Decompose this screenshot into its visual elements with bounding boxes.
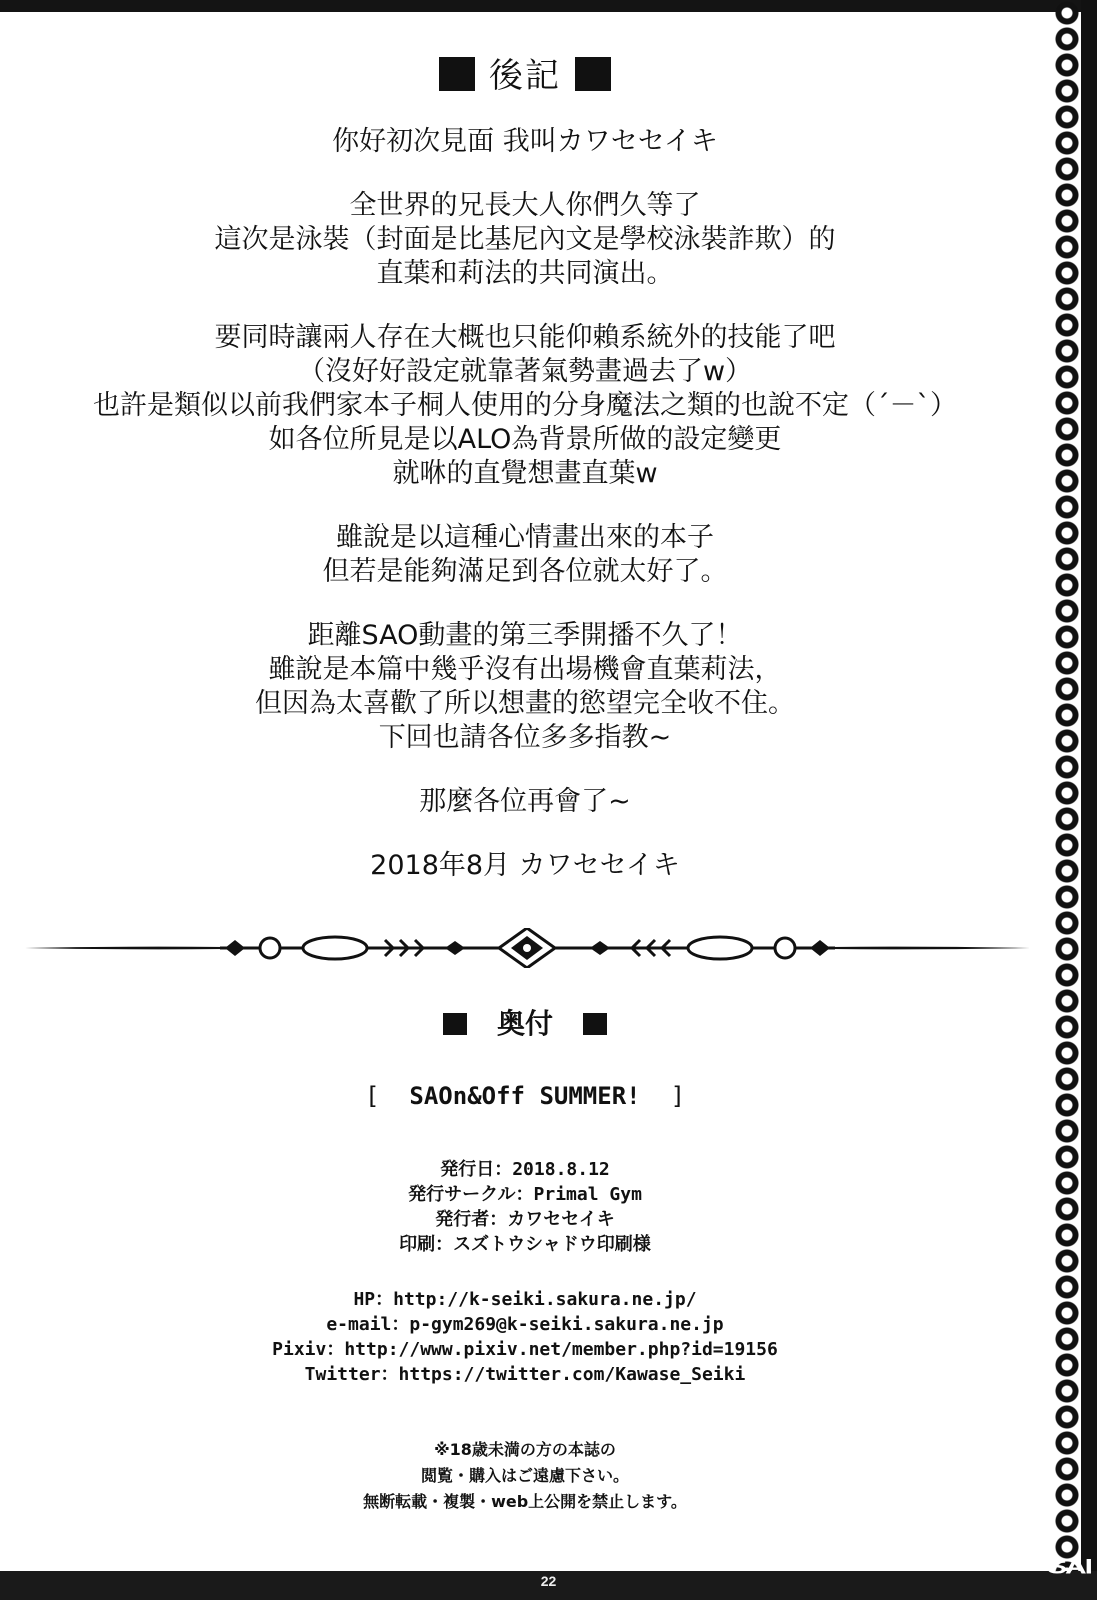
- notice-line: 無断転載・複製・web上公開を禁止します。: [0, 1489, 1050, 1515]
- square-bullet-icon: [439, 57, 475, 91]
- text-line: 就咻的直覺想畫直葉w: [0, 457, 1050, 491]
- text-line: 距離SAO動畫的第三季開播不久了！: [0, 619, 1050, 653]
- afterword-title: 後記: [489, 56, 561, 96]
- pixiv-link[interactable]: Pixiv：http://www.pixiv.net/member.php?id…: [0, 1337, 1050, 1362]
- paragraph-farewell: 那麼各位再會了~: [0, 785, 1050, 819]
- lace-border-decoration: [1053, 0, 1097, 1600]
- page-number: 22: [0, 1573, 1097, 1589]
- paragraph-setting: 要同時讓兩人存在大概也只能仰賴系統外的技能了吧 （沒好好設定就靠著氣勢畫過去了w…: [0, 321, 1050, 491]
- top-border: [0, 0, 1097, 12]
- text-line: 但若是能夠滿足到各位就太好了。: [0, 555, 1050, 589]
- publishing-circle: 発行サークル：Primal Gym: [0, 1182, 1050, 1207]
- notice-line: ※18歳未満の方の本誌の: [0, 1437, 1050, 1463]
- printer: 印刷：スズトウシャドウ印刷様: [0, 1232, 1050, 1257]
- square-bullet-icon: [583, 1013, 607, 1035]
- paragraph-hope: 雖說是以這種心情畫出來的本子 但若是能夠滿足到各位就太好了。: [0, 521, 1050, 589]
- text-line: 要同時讓兩人存在大概也只能仰賴系統外的技能了吧: [0, 321, 1050, 355]
- text-line: 你好初次見面 我叫カワセセイキ: [0, 125, 1050, 159]
- date-signature: 2018年8月 カワセセイキ: [0, 849, 1050, 883]
- text-line: 直葉和莉法的共同演出。: [0, 257, 1050, 291]
- paragraph-anime: 距離SAO動畫的第三季開播不久了！ 雖說是本篇中幾乎沒有出場機會直葉莉法， 但因…: [0, 619, 1050, 755]
- homepage-link[interactable]: HP：http://k-seiki.sakura.ne.jp/: [0, 1287, 1050, 1312]
- text-line: 也許是類似以前我們家本子桐人使用的分身魔法之類的也說不定（´－`）: [0, 389, 1050, 423]
- text-line: 雖說是以這種心情畫出來的本子: [0, 521, 1050, 555]
- book-title: [SAOn&Off SUMMER!]: [0, 1082, 1050, 1110]
- square-bullet-icon: [443, 1013, 467, 1035]
- logo-fragment: SAI: [1047, 1555, 1091, 1579]
- publisher: 発行者：カワセセイキ: [0, 1207, 1050, 1232]
- book-title-text: SAOn&Off SUMMER!: [409, 1082, 640, 1110]
- text-line: 那麼各位再會了~: [0, 785, 1050, 819]
- twitter-link[interactable]: Twitter：https://twitter.com/Kawase_Seiki: [0, 1362, 1050, 1387]
- bracket-open: [: [365, 1082, 379, 1110]
- colophon-title: 奥付: [497, 1007, 553, 1040]
- age-notice: ※18歳未満の方の本誌の 閲覧・購入はご遠慮下さい。 無断転載・複製・web上公…: [0, 1437, 1050, 1515]
- text-line: 下回也請各位多多指教~: [0, 721, 1050, 755]
- afterword-heading: 後記: [0, 48, 1050, 97]
- paragraph-intro: 全世界的兄長大人你們久等了 這次是泳裝（封面是比基尼內文是學校泳裝詐欺）的 直葉…: [0, 189, 1050, 291]
- signature: 2018年8月 カワセセイキ: [0, 849, 1050, 883]
- contact-links: HP：http://k-seiki.sakura.ne.jp/ e-mail：p…: [0, 1287, 1050, 1387]
- publish-date: 発行日：2018.8.12: [0, 1157, 1050, 1182]
- text-line: 全世界的兄長大人你們久等了: [0, 189, 1050, 223]
- text-line: 雖說是本篇中幾乎沒有出場機會直葉莉法，: [0, 653, 1050, 687]
- bracket-close: ]: [671, 1082, 685, 1110]
- email-link[interactable]: e-mail：p-gym269@k-seiki.sakura.ne.jp: [0, 1312, 1050, 1337]
- paragraph-greeting: 你好初次見面 我叫カワセセイキ: [0, 125, 1050, 159]
- text-line: （沒好好設定就靠著氣勢畫過去了w）: [0, 355, 1050, 389]
- text-line: 這次是泳裝（封面是比基尼內文是學校泳裝詐欺）的: [0, 223, 1050, 257]
- text-line: 但因為太喜歡了所以想畫的慾望完全收不住。: [0, 687, 1050, 721]
- text-line: 如各位所見是以ALO為背景所做的設定變更: [0, 423, 1050, 457]
- publication-info: 発行日：2018.8.12 発行サークル：Primal Gym 発行者：カワセセ…: [0, 1157, 1050, 1257]
- colophon-heading: 奥付: [0, 1002, 1050, 1042]
- afterword-body: 你好初次見面 我叫カワセセイキ 全世界的兄長大人你們久等了 這次是泳裝（封面是比…: [0, 125, 1050, 913]
- notice-line: 閲覧・購入はご遠慮下さい。: [0, 1463, 1050, 1489]
- document-page: 後記 你好初次見面 我叫カワセセイキ 全世界的兄長大人你們久等了 這次是泳裝（封…: [0, 0, 1097, 1600]
- square-bullet-icon: [575, 57, 611, 91]
- ornamental-divider-icon: [25, 928, 1030, 968]
